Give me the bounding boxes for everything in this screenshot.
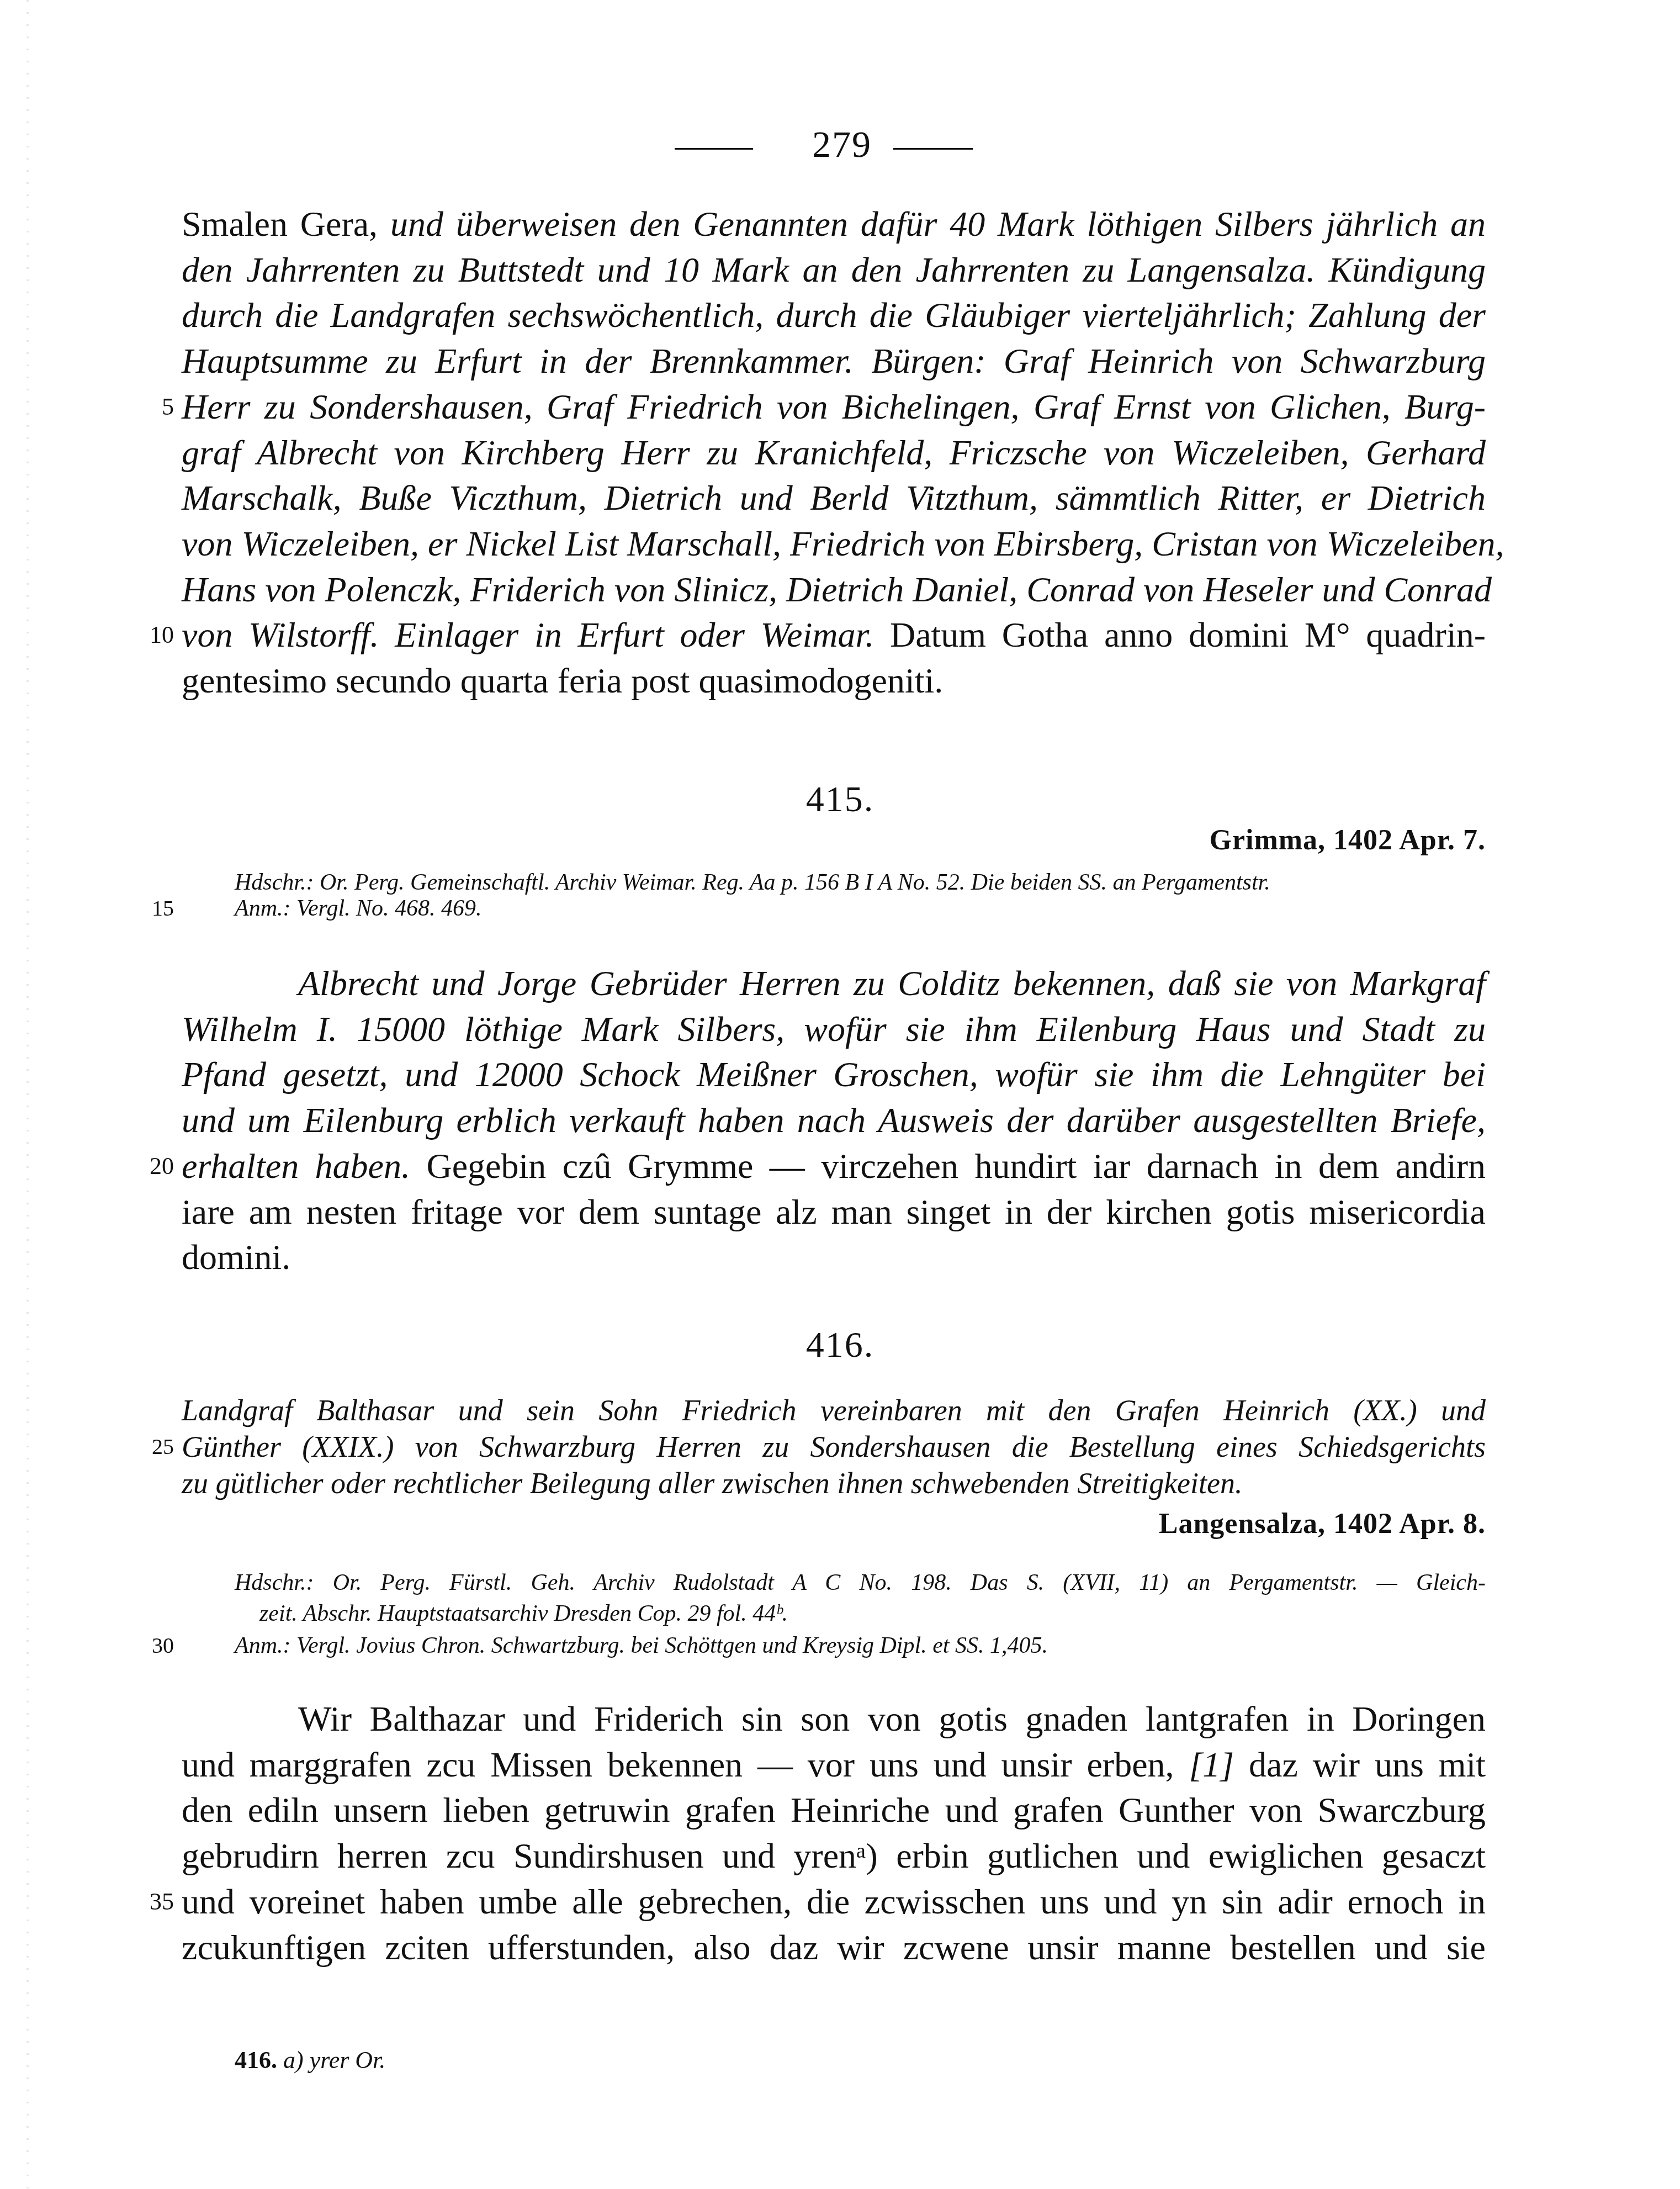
text-segment: gentesimo secundo quarta feria post quas… — [182, 661, 943, 700]
text-line: domini. — [182, 1235, 1486, 1280]
manuscript-note: Hdschr.: Or. Perg. Fürstl. Geh. Archiv R… — [235, 1567, 1486, 1598]
header-dash-left — [675, 148, 753, 150]
text-line: und marggrafen zcu Missen bekennen — vor… — [182, 1742, 1486, 1788]
page-number: 279 — [789, 123, 894, 166]
annotation-note: Anm.: Vergl. Jovius Chron. Schwartzburg.… — [235, 1630, 1486, 1661]
text-segment: Marschalk, Buße Viczthum, Dietrich und B… — [182, 478, 1486, 517]
text-segment: daz wir uns mit — [1234, 1745, 1486, 1784]
text-line: Hauptsumme zu Erfurt in der Brennkammer.… — [182, 339, 1486, 384]
text-segment: von Wilstorff. Einlager in Erfurt oder W… — [182, 615, 890, 654]
text-line: zcukunftigen zciten ufferstunden, also d… — [182, 1925, 1486, 1970]
text-segment: Smalen Gera, — [182, 204, 390, 244]
text-segment: und voreinet haben umbe alle gebrechen, … — [182, 1882, 1486, 1921]
text-segment: Pfand gesetzt, und 12000 Schock Meißner … — [182, 1055, 1486, 1094]
text-line: den Jahrrenten zu Buttstedt und 10 Mark … — [182, 247, 1486, 293]
line-number: 20 — [135, 1144, 174, 1189]
text-segment: Wilhelm I. 15000 löthige Mark Silbers, w… — [182, 1009, 1486, 1049]
text-line: Albrecht und Jorge Gebrüder Herren zu Co… — [298, 961, 1486, 1006]
text-line: iare am nesten fritage vor dem suntage a… — [182, 1189, 1486, 1235]
text-segment: den ediln unsern lieben getruwin grafen … — [182, 1790, 1486, 1830]
entry-date-415: Grimma, 1402 Apr. 7. — [1209, 824, 1486, 856]
line-number: 30 — [135, 1630, 174, 1675]
regest-line: Günther (XXIX.) von Schwarzburg Herren z… — [182, 1429, 1486, 1464]
text-segment: Hauptsumme zu Erfurt in der Brennkammer.… — [182, 341, 1486, 380]
text-line: Smalen Gera, und überweisen den Genannte… — [182, 202, 1486, 247]
line-number: 10 — [135, 612, 174, 658]
text-segment: Gegebin czû Grymme — virczehen hundirt i… — [426, 1146, 1486, 1186]
text-segment: Albrecht und Jorge Gebrüder Herren zu Co… — [298, 964, 1486, 1003]
text-line: den ediln unsern lieben getruwin grafen … — [182, 1788, 1486, 1833]
regest-line: zu gütlicher oder rechtlicher Beilegung … — [182, 1466, 1486, 1501]
entry-date-416: Langensalza, 1402 Apr. 8. — [1159, 1508, 1486, 1540]
text-segment: domini. — [182, 1238, 290, 1277]
entry-number-415: 415. — [0, 779, 1680, 821]
scan-edge — [27, 0, 29, 2189]
annotation-note: Anm.: Vergl. No. 468. 469. — [235, 893, 1486, 924]
text-line: Marschalk, Buße Viczthum, Dietrich und B… — [182, 475, 1486, 521]
line-number: 25 — [135, 1429, 174, 1474]
text-segment: Datum Gotha anno domini M° quadrin- — [890, 615, 1486, 654]
text-line: Pfand gesetzt, und 12000 Schock Meißner … — [182, 1052, 1486, 1097]
header-dash-right — [893, 148, 973, 150]
text-segment: zcukunftigen zciten ufferstunden, also d… — [182, 1928, 1486, 1967]
line-number: 5 — [135, 384, 174, 430]
text-line: Hans von Polenczk, Friderich von Slinicz… — [182, 567, 1486, 612]
entry-number-416: 416. — [0, 1324, 1680, 1366]
text-line: von Wiczeleiben, er Nickel List Marschal… — [182, 521, 1486, 567]
text-segment: den Jahrrenten zu Buttstedt und 10 Mark … — [182, 250, 1486, 289]
text-segment: und überweisen den Genannten dafür 40 Ma… — [390, 204, 1486, 244]
text-segment: durch die Landgrafen sechswöchentlich, d… — [182, 295, 1486, 335]
text-line: und voreinet haben umbe alle gebrechen, … — [182, 1879, 1486, 1924]
text-line: von Wilstorff. Einlager in Erfurt oder W… — [182, 612, 1486, 658]
text-segment: erhalten haben. — [182, 1146, 426, 1186]
text-line: gebrudirn herren zcu Sundirshusen und yr… — [182, 1833, 1486, 1879]
text-segment: gebrudirn herren zcu Sundirshusen und yr… — [182, 1836, 1486, 1875]
document-page: 279 Smalen Gera, und überweisen den Gena… — [0, 0, 1680, 2189]
text-line: gentesimo secundo quarta feria post quas… — [182, 658, 1486, 704]
text-segment: Hans von Polenczk, Friderich von Slinicz… — [182, 570, 1492, 609]
text-line: erhalten haben. Gegebin czû Grymme — vir… — [182, 1144, 1486, 1189]
text-line: graf Albrecht von Kirchberg Herr zu Kran… — [182, 430, 1486, 475]
line-number: 35 — [135, 1879, 174, 1924]
text-segment: und um Eilenburg erblich verkauft haben … — [182, 1101, 1486, 1140]
page-header: 279 — [0, 123, 1680, 167]
text-segment: Wir Balthazar und Friderich sin son von … — [298, 1699, 1486, 1738]
text-segment: von Wiczeleiben, er Nickel List Marschal… — [182, 524, 1504, 563]
text-segment: Herr zu Sondershausen, Graf Friedrich vo… — [182, 387, 1486, 426]
text-segment: iare am nesten fritage vor dem suntage a… — [182, 1192, 1486, 1231]
manuscript-note-continued: zeit. Abschr. Hauptstaatsarchiv Dresden … — [259, 1598, 1486, 1629]
footnote: 416. a) yrer Or. — [235, 2046, 385, 2074]
text-line: Wilhelm I. 15000 löthige Mark Silbers, w… — [182, 1007, 1486, 1052]
text-line: durch die Landgrafen sechswöchentlich, d… — [182, 293, 1486, 338]
text-line: Herr zu Sondershausen, Graf Friedrich vo… — [182, 384, 1486, 430]
text-line: Wir Balthazar und Friderich sin son von … — [298, 1696, 1486, 1742]
footnote-ref: 416. — [235, 2047, 277, 2074]
regest-line: Landgraf Balthasar und sein Sohn Friedri… — [182, 1393, 1486, 1428]
footnote-text: a) yrer Or. — [277, 2047, 385, 2074]
line-number: 15 — [135, 893, 174, 938]
text-segment: graf Albrecht von Kirchberg Herr zu Kran… — [182, 433, 1486, 472]
text-line: und um Eilenburg erblich verkauft haben … — [182, 1098, 1486, 1143]
text-segment: [1] — [1189, 1745, 1234, 1784]
text-segment: und marggrafen zcu Missen bekennen — vor… — [182, 1745, 1189, 1784]
